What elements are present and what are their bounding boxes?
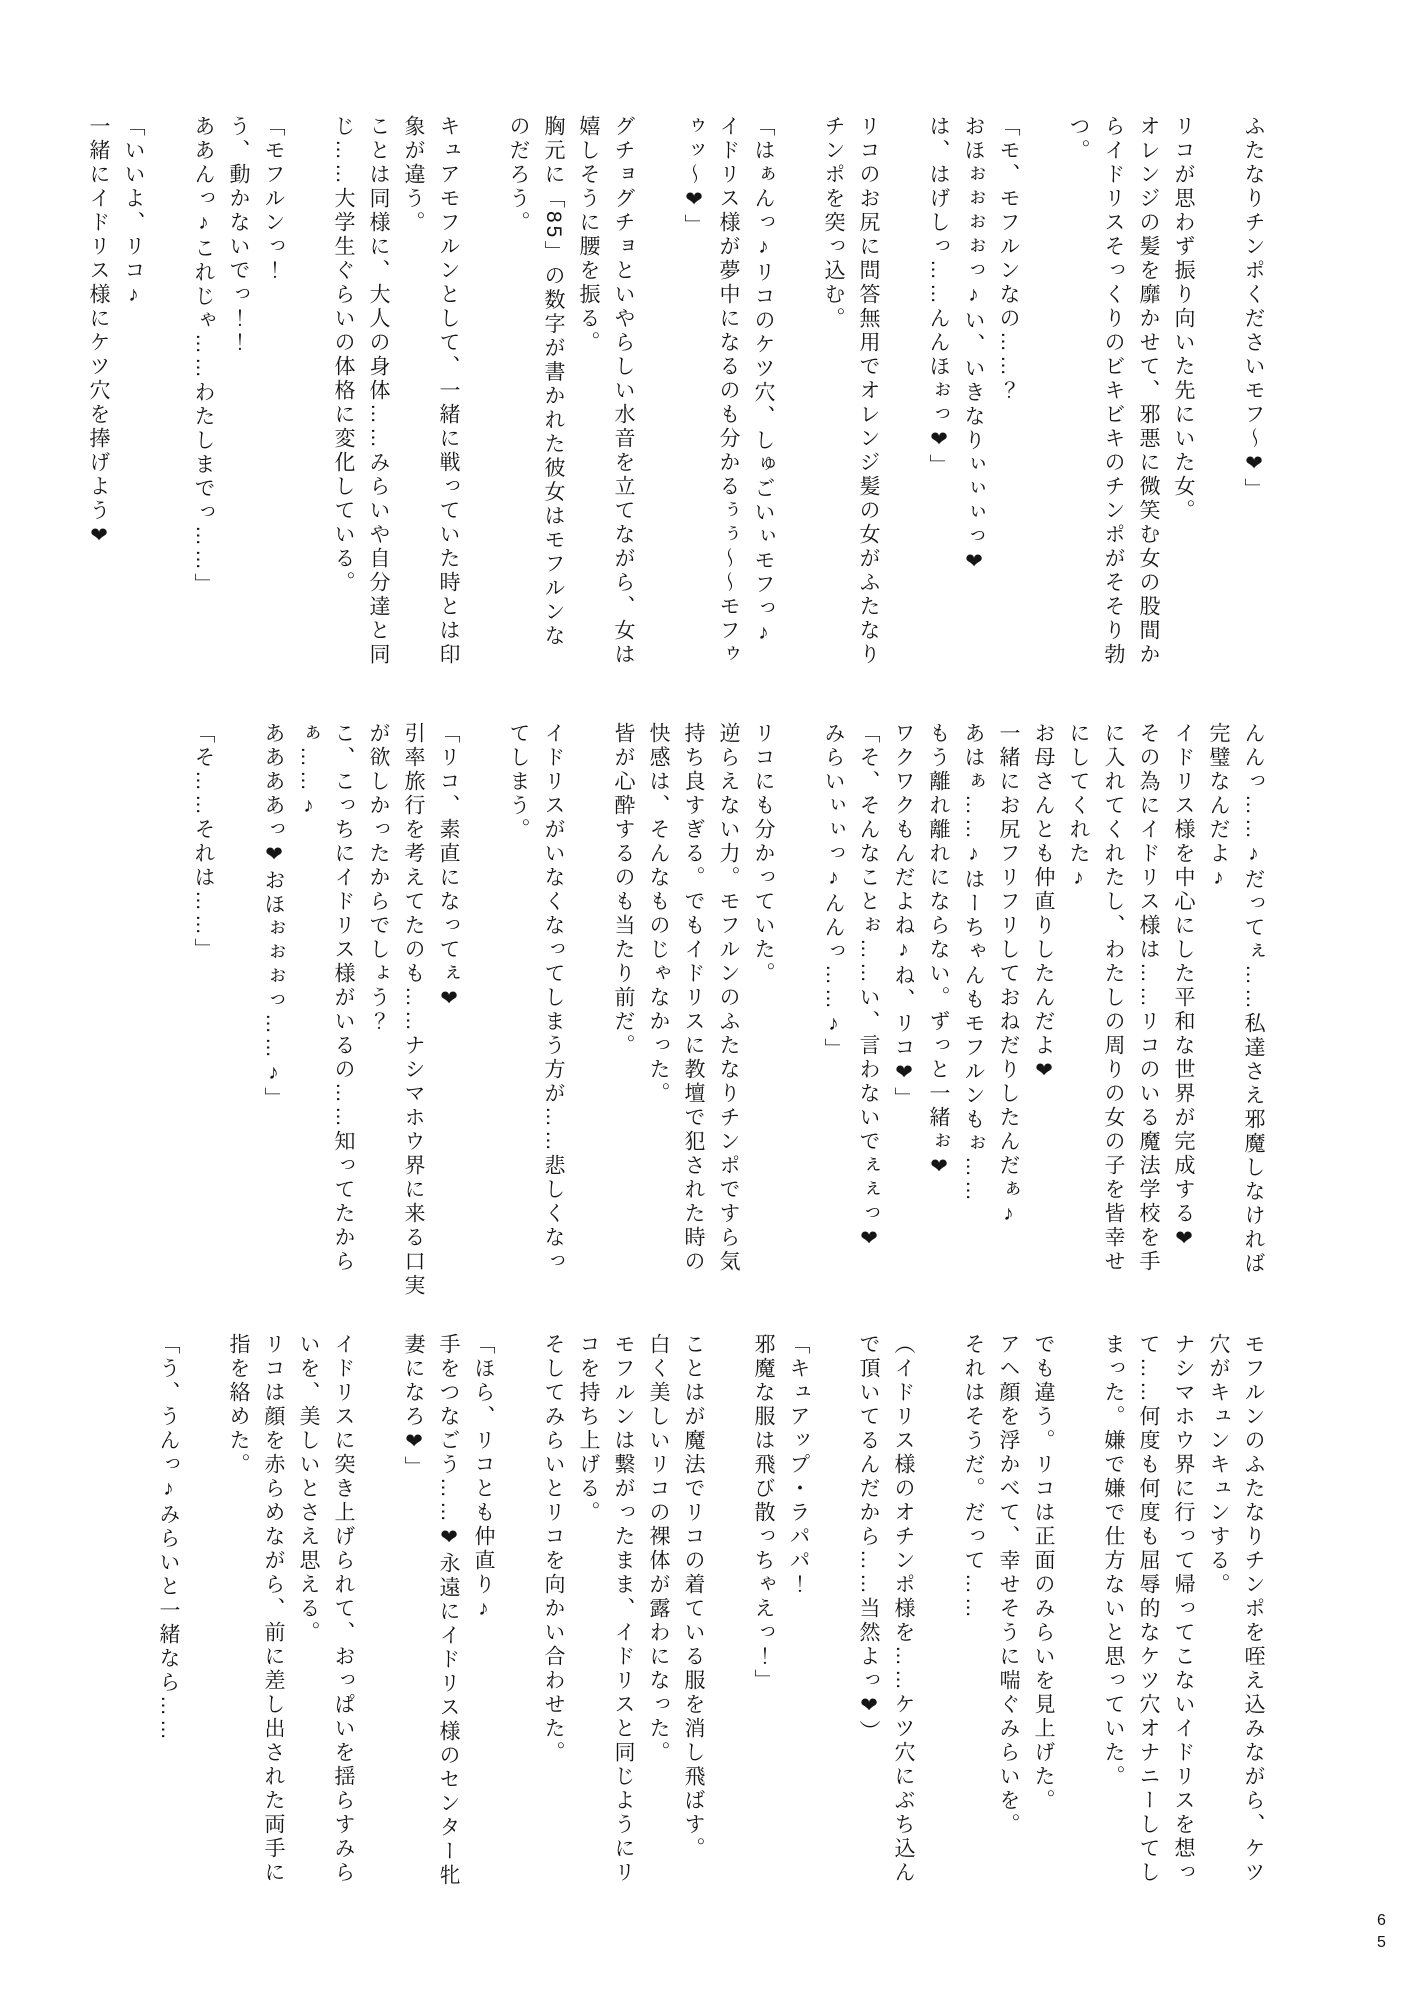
text-column: まった。嫌で嫌で仕方ないと思っていた。	[1096, 1333, 1131, 1789]
text-column: つ。	[1061, 115, 1096, 163]
text-column: アヘ顔を浮かべて、幸せそうに喘ぐみらいを。	[991, 1333, 1026, 1837]
text-column: イドリスがいなくなってしまう方が……悲しくなっ	[536, 722, 571, 1274]
text-column: 「キュアップ・ラパパ！	[781, 1333, 816, 1597]
text-column: 妻になろ❤」	[396, 1333, 431, 1480]
text-column: モフルンは繋がったまま、イドリスと同じようにリ	[606, 1333, 641, 1885]
text-column: リコのお尻に問答無用でオレンジ髪の女がふたなり	[851, 115, 886, 667]
text-column: は、はげしっ……んんほぉっ❤」	[921, 115, 956, 478]
text-column: ゥッ～❤」	[676, 115, 711, 238]
text-column: 「モ、モフルンなの……？	[991, 115, 1026, 403]
text-column: 「リコ、素直になってぇ❤	[431, 722, 466, 1013]
text-column: 「いいよ、リコ♪	[116, 115, 151, 309]
text-column: 白く美しいリコの裸体が露わになった。	[641, 1333, 676, 1765]
text-column: ナシマホウ界に行って帰ってこないイドリスを想っ	[1166, 1333, 1201, 1885]
text-column: コを持ち上げる。	[571, 1333, 606, 1525]
text-column: 「はぁんっ♪リコのケツ穴、しゅごいぃモフっ♪	[746, 115, 781, 647]
text-column: リコにも分かっていた。	[746, 722, 781, 986]
text-column: それはそうだ。だって……	[956, 1333, 991, 1621]
text-column: 手をつなごう……❤永遠にイドリス様のセンター牝	[431, 1333, 466, 1888]
text-column: 象が違う。	[396, 115, 431, 235]
text-column: ふたなりチンポくださいモフ～❤」	[1236, 115, 1271, 502]
text-column: ぁ……♪	[291, 722, 326, 820]
text-column: ワクワクもんだよね♪ね、リコ❤」	[886, 722, 921, 1111]
text-column: 引率旅行を考えてたのも……ナシマホウ界に来る口実	[396, 722, 431, 1298]
text-column: にしてくれた♪	[1061, 722, 1096, 892]
text-column: 穴がキュンキュンする。	[1201, 1333, 1236, 1597]
text-column: が欲しかったからでしょう？	[361, 722, 396, 1034]
text-column: のだろう。	[501, 115, 536, 235]
text-column: イドリスに突き上げられて、おっぱいを揺らすみら	[326, 1333, 361, 1885]
text-column: でも違う。リコは正面のみらいを見上げた。	[1026, 1333, 1061, 1813]
text-column: て……何度も何度も屈辱的なケツ穴オナニーしてし	[1131, 1333, 1166, 1885]
text-column: ことは同様に、大人の身体……みらいや自分達と同	[361, 115, 396, 667]
text-column: 「そ、そんなことぉ……い、言わないでぇぇっ❤	[851, 722, 886, 1253]
text-column: こ、こっちにイドリス様がいるの……知ってたから	[326, 722, 361, 1274]
text-column: 「ほら、リコとも仲直り♪	[466, 1333, 501, 1623]
text-column: 嬉しそうに腰を振る。	[571, 115, 606, 355]
text-column: オレンジの髪を靡かせて、邪悪に微笑む女の股間か	[1131, 115, 1166, 667]
text-column: う、動かないでっ！！	[221, 115, 256, 355]
text-column: 胸元に「85」の数字が書かれた彼女はモフルンな	[536, 115, 571, 648]
text-column: ことはが魔法でリコの着ている服を消し飛ばす。	[676, 1333, 711, 1861]
text-column: もう離れ離れにならない。ずっと一緒ぉ❤	[921, 722, 956, 1181]
text-column: グチョグチョといやらしい水音を立てながら、女は	[606, 115, 641, 667]
text-band-top: ふたなりチンポくださいモフ～❤」リコが思わず振り向いた先にいた女。オレンジの髪を…	[81, 115, 1271, 707]
novel-page: ふたなりチンポくださいモフ～❤」リコが思わず振り向いた先にいた女。オレンジの髪を…	[0, 0, 1416, 2000]
text-column: チンポを突っ込む。	[816, 115, 851, 331]
text-column: 持ち良すぎる。でもイドリスに教壇で犯された時の	[676, 722, 711, 1274]
text-band-middle: んんっ……♪だってぇ……私達さえ邪魔しなければ完璧なんだよ♪イドリス様を中心にし…	[186, 722, 1271, 1314]
text-column: モフルンのふたなりチンポを咥え込みながら、ケツ	[1236, 1333, 1271, 1885]
text-column: いを、美しいとさえ思える。	[291, 1333, 326, 1645]
text-column: リコは顔を赤らめながら、前に差し出された両手に	[256, 1333, 291, 1885]
text-column: おほぉぉぉぉっ♪い、いきなりぃぃぃっ❤	[956, 115, 991, 576]
text-column: その為にイドリス様は……リコのいる魔法学校を手	[1131, 722, 1166, 1274]
text-column: らイドリスそっくりのビキビキのチンポがそそり勃	[1096, 115, 1131, 667]
text-column: 「モフルンっ！	[256, 115, 291, 283]
text-column: で頂いてるんだから……当然よっ❤）	[851, 1333, 886, 1744]
text-column: んんっ……♪だってぇ……私達さえ邪魔しなければ	[1236, 722, 1271, 1276]
text-column: ああんっ♪これじゃ……わたしまでっ……」	[186, 115, 221, 597]
text-column: ああああっ❤おほぉぉぉっ……♪」	[256, 722, 291, 1111]
text-column: みらいぃぃっ♪んんっ……♪」	[816, 722, 851, 1062]
text-column: 皆が心酔するのも当たり前だ。	[606, 722, 641, 1058]
text-column: 「う、うんっ♪みらいと一緒なら……	[151, 1333, 186, 1743]
text-column: そしてみらいとリコを向かい合わせた。	[536, 1333, 571, 1765]
text-column: （イドリス様のオチンポ様を……ケツ穴にぶち込ん	[886, 1333, 921, 1885]
text-column: 邪魔な服は飛び散っちゃえっ！」	[746, 1333, 781, 1693]
page-number: 65	[1372, 1912, 1390, 1956]
text-column: あはぁ……♪はーちゃんもモフルンもぉ……	[956, 722, 991, 1204]
text-column: 逆らえない力。モフルンのふたなりチンポですら気	[711, 722, 746, 1274]
text-column: イドリス様を中心にした平和な世界が完成する❤	[1166, 722, 1201, 1253]
text-column: じ……大学生ぐらいの体格に変化している。	[326, 115, 361, 595]
text-column: 「そ……それは……」	[186, 722, 221, 962]
text-column: イドリス様が夢中になるのも分かるぅぅ～～モフゥ	[711, 115, 746, 667]
text-column: 一緒にイドリス様にケツ穴を捧げよう❤	[81, 115, 116, 550]
text-band-bottom: モフルンのふたなりチンポを咥え込みながら、ケツ穴がキュンキュンする。ナシマホウ界…	[151, 1333, 1271, 1899]
text-column: 一緒にお尻フリフリしておねだりしたんだぁ♪	[991, 722, 1026, 1228]
text-column: てしまう。	[501, 722, 536, 842]
text-column: 快感は、そんなものじゃなかった。	[641, 722, 676, 1106]
text-column: キュアモフルンとして、一緒に戦っていた時とは印	[431, 115, 466, 667]
text-column: リコが思わず振り向いた先にいた女。	[1166, 115, 1201, 523]
text-column: お母さんとも仲直りしたんだよ❤	[1026, 722, 1061, 1085]
text-column: に入れてくれたし、わたしの周りの女の子を皆幸せ	[1096, 722, 1131, 1274]
text-column: 完璧なんだよ♪	[1201, 722, 1236, 892]
text-column: 指を絡めた。	[221, 1333, 256, 1477]
